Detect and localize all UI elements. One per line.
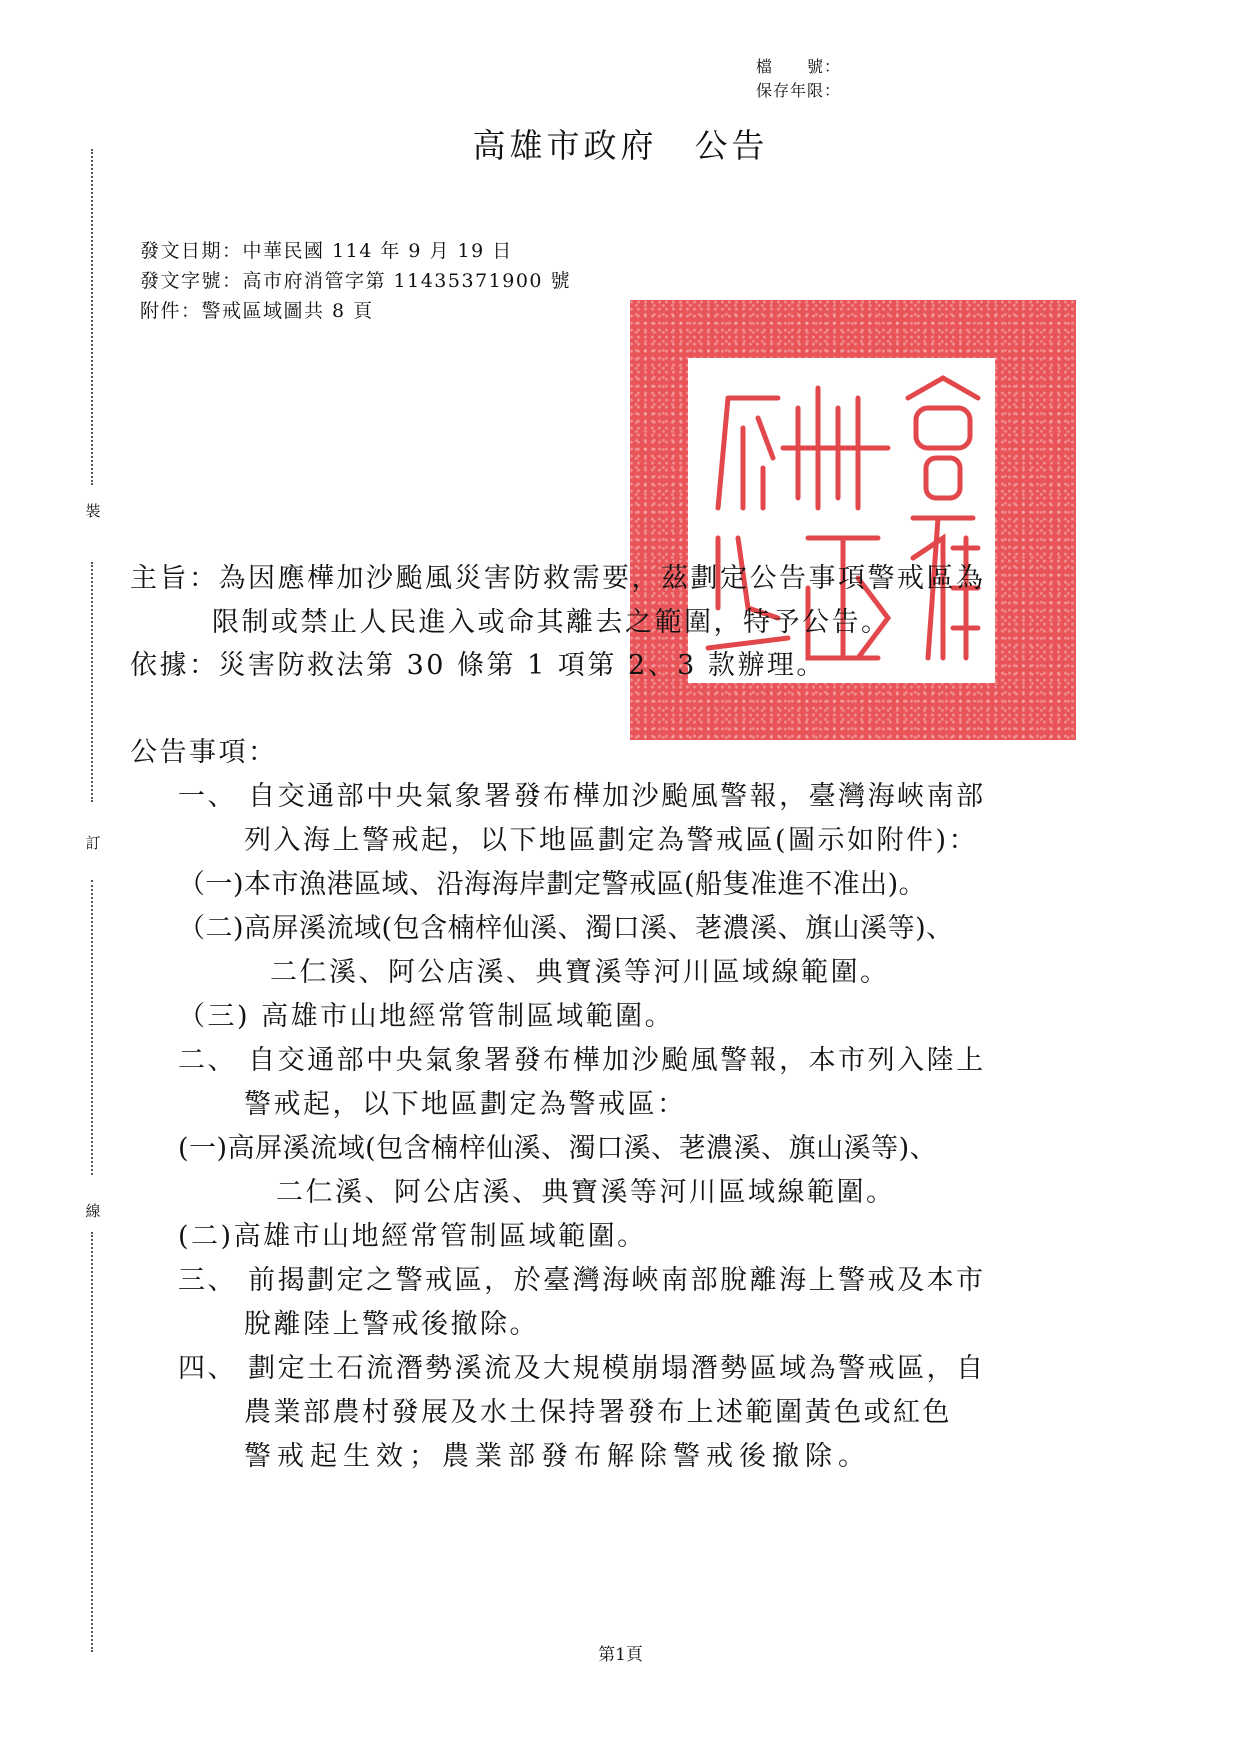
attachment-info: 附件：警戒區域圖共 8 頁 <box>140 296 374 323</box>
notice-item-2-sub-1-line-1: (一)高屏溪流域(包含楠梓仙溪、濁口溪、荖濃溪、旗山溪等)、 <box>178 1126 937 1165</box>
binding-line-segment <box>91 880 93 1175</box>
document-title: 高雄市政府 公告 <box>0 120 1241 167</box>
subject-line-2: 限制或禁止人民進入或命其離去之範圍，特予公告。 <box>212 600 891 639</box>
notice-item-3-line-1: 三、 前揭劃定之警戒區，於臺灣海峽南部脫離海上警戒及本市 <box>178 1258 986 1297</box>
binding-line-segment <box>91 562 93 802</box>
notice-item-3-line-2: 脫離陸上警戒後撤除。 <box>244 1302 539 1341</box>
notice-item-1-sub-1: （一)本市漁港區域、沿海海岸劃定警戒區(船隻准進不准出)。 <box>178 862 926 901</box>
notice-item-1-sub-3: （三) 高雄市山地經常管制區域範圍。 <box>178 994 674 1033</box>
binding-mark-xian: 線 <box>84 1200 102 1221</box>
notice-item-2-line-2: 警戒起，以下地區劃定為警戒區： <box>244 1082 687 1121</box>
notice-item-4-line-2: 農業部農村發展及水土保持署發布上述範圍黃色或紅色 <box>244 1390 952 1429</box>
notice-item-1-sub-2-line-1: （二)高屏溪流域(包含楠梓仙溪、濁口溪、荖濃溪、旗山溪等)、 <box>178 906 954 945</box>
notice-item-1-sub-2-line-2: 二仁溪、阿公店溪、典寶溪等河川區域線範圍。 <box>270 950 890 989</box>
binding-line-segment <box>91 1232 93 1652</box>
binding-line-segment <box>91 149 93 485</box>
notice-item-2-sub-2: (二)高雄市山地經常管制區域範圍。 <box>178 1214 647 1253</box>
notice-item-1-line-1: 一、 自交通部中央氣象署發布樺加沙颱風警報，臺灣海峽南部 <box>178 774 986 813</box>
binding-mark-ding: 訂 <box>84 832 102 853</box>
legal-basis: 依據：災害防救法第 30 條第 1 項第 2、3 款辦理。 <box>130 643 826 682</box>
binding-mark-zhuang: 裝 <box>84 500 102 521</box>
notice-heading: 公告事項： <box>130 730 278 769</box>
retention-period-label: 保存年限： <box>756 78 841 101</box>
notice-item-4-line-3: 警戒起生效；農業部發布解除警戒後撤除。 <box>244 1434 871 1473</box>
document-number: 發文字號：高市府消管字第 11435371900 號 <box>140 266 571 293</box>
notice-item-1-line-2: 列入海上警戒起，以下地區劃定為警戒區(圖示如附件)： <box>244 818 978 857</box>
subject-line-1: 主旨：為因應樺加沙颱風災害防救需要，茲劃定公告事項警戒區為 <box>130 556 986 595</box>
notice-item-2-line-1: 二、 自交通部中央氣象署發布樺加沙颱風警報，本市列入陸上 <box>178 1038 986 1077</box>
page-number: 第1頁 <box>0 1640 1241 1665</box>
issue-date: 發文日期：中華民國 114 年 9 月 19 日 <box>140 236 513 263</box>
notice-item-4-line-1: 四、 劃定土石流潛勢溪流及大規模崩塌潛勢區域為警戒區，自 <box>178 1346 986 1385</box>
file-number-label: 檔 號： <box>756 54 841 77</box>
notice-item-2-sub-1-line-2: 二仁溪、阿公店溪、典寶溪等河川區域線範圍。 <box>276 1170 896 1209</box>
